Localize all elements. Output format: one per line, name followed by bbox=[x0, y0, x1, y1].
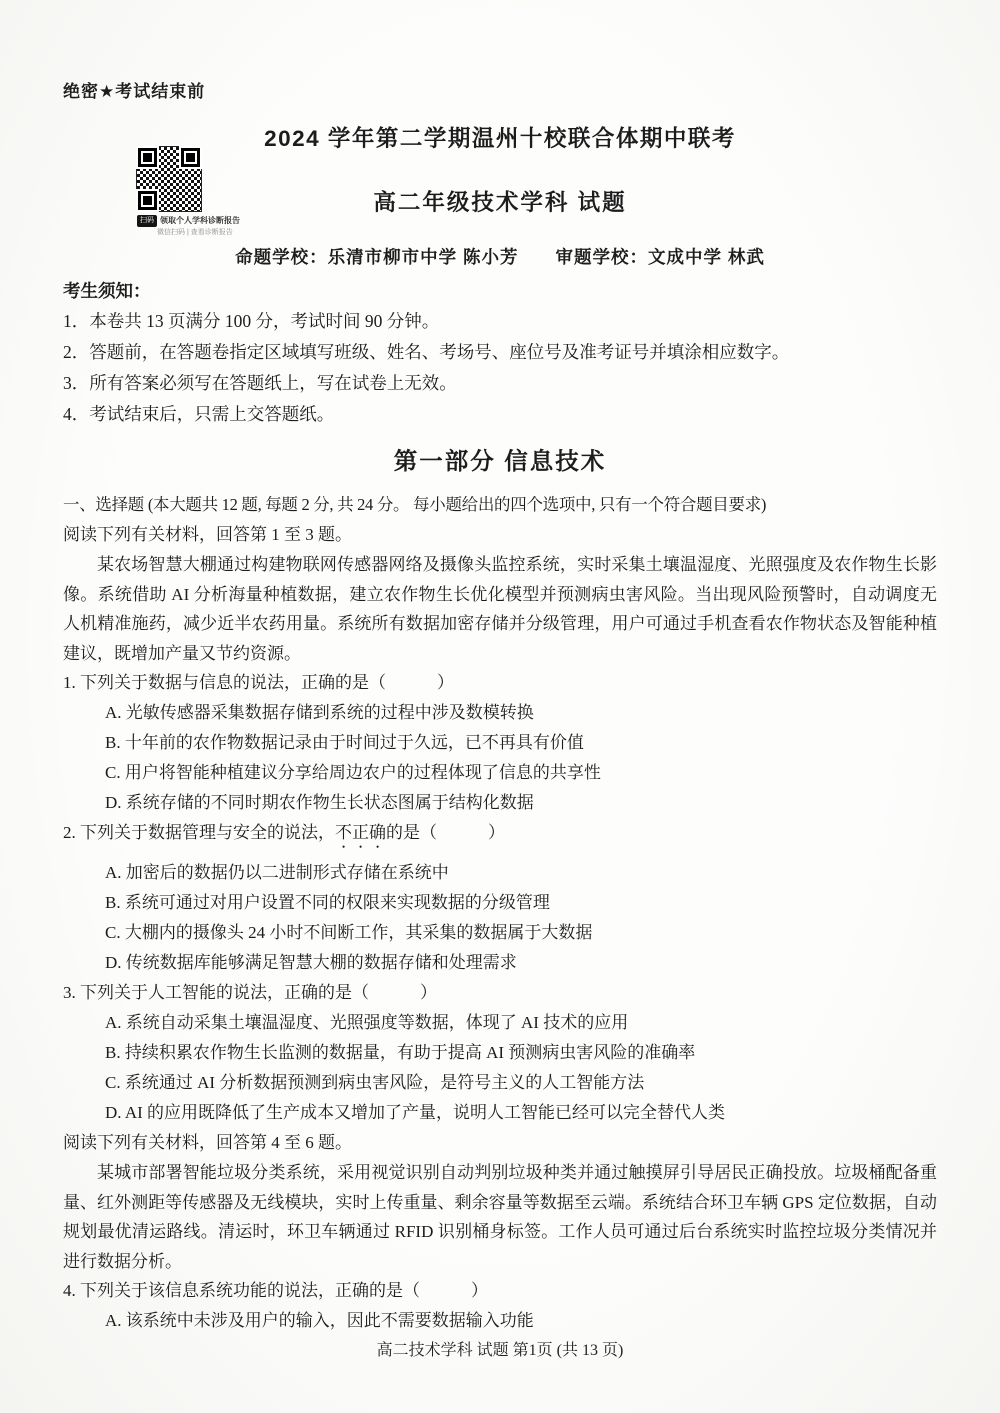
qr-block: 扫码 领取个人学科诊断报告 微信扫码 | 查看诊断报告 bbox=[137, 147, 267, 237]
question-4: 4. 下列关于该信息系统功能的说法，正确的是（ ） A. 该系统中未涉及用户的输… bbox=[63, 1276, 937, 1336]
notice-item-1: 1．本卷共 13 页满分 100 分，考试时间 90 分钟。 bbox=[63, 306, 937, 337]
qr-finder-icon bbox=[181, 148, 200, 167]
question-1-option-c: C. 用户将智能种植建议分享给周边农户的过程体现了信息的共享性 bbox=[63, 758, 937, 788]
reading1-intro: 阅读下列有关材料，回答第 1 至 3 题。 bbox=[63, 520, 937, 550]
part1-title: 第一部分 信息技术 bbox=[63, 444, 937, 478]
question-2-stem: 2. 下列关于数据管理与安全的说法，不正确的是（ ） bbox=[63, 818, 937, 852]
qr-caption-text: 领取个人学科诊断报告 bbox=[160, 216, 240, 226]
passage-smart-farm: 某农场智慧大棚通过构建物联网传感器网络及摄像头监控系统，实时采集土壤温湿度、光照… bbox=[63, 550, 937, 668]
question-1-option-b: B. 十年前的农作物数据记录由于时间过于久远，已不再具有价值 bbox=[63, 728, 937, 758]
notice-item-4: 4．考试结束后，只需上交答题纸。 bbox=[63, 399, 937, 430]
question-2-stem-suffix: 的是（ ） bbox=[386, 823, 505, 842]
question-3-option-d: D. AI 的应用既降低了生产成本又增加了产量，说明人工智能已经可以完全替代人类 bbox=[63, 1098, 937, 1128]
question-4-option-a: A. 该系统中未涉及用户的输入，因此不需要数据输入功能 bbox=[63, 1306, 937, 1336]
notice-item-2: 2．答题前，在答题卷指定区域填写班级、姓名、考场号、座位号及准考证号并填涂相应数… bbox=[63, 337, 937, 368]
question-3-stem: 3. 下列关于人工智能的说法，正确的是（ ） bbox=[63, 978, 937, 1008]
question-3: 3. 下列关于人工智能的说法，正确的是（ ） A. 系统自动采集土壤温湿度、光照… bbox=[63, 978, 937, 1128]
reading2-intro: 阅读下列有关材料，回答第 4 至 6 题。 bbox=[63, 1128, 937, 1158]
question-1: 1. 下列关于数据与信息的说法，正确的是（ ） A. 光敏传感器采集数据存储到系… bbox=[63, 668, 937, 818]
question-3-option-c: C. 系统通过 AI 分析数据预测到病虫害风险，是符号主义的人工智能方法 bbox=[63, 1068, 937, 1098]
question-1-stem: 1. 下列关于数据与信息的说法，正确的是（ ） bbox=[63, 668, 937, 698]
qr-caption-subtext: 微信扫码 | 查看诊断报告 bbox=[157, 228, 267, 237]
question-1-option-a: A. 光敏传感器采集数据存储到系统的过程中涉及数模转换 bbox=[63, 698, 937, 728]
exam-page: 扫码 领取个人学科诊断报告 微信扫码 | 查看诊断报告 绝密★考试结束前 202… bbox=[0, 0, 1000, 1413]
qr-caption: 扫码 领取个人学科诊断报告 bbox=[137, 215, 267, 227]
page-footer: 高二技术学科 试题 第1页 (共 13 页) bbox=[0, 1337, 1000, 1360]
section-instruction: 一、选择题 (本大题共 12 题, 每题 2 分, 共 24 分。 每小题给出的… bbox=[63, 490, 937, 520]
question-2-option-d: D. 传统数据库能够满足智慧大棚的数据存储和处理需求 bbox=[63, 948, 937, 978]
question-2-option-c: C. 大棚内的摄像头 24 小时不间断工作，其采集的数据属于大数据 bbox=[63, 918, 937, 948]
classification-label: 绝密★考试结束前 bbox=[63, 80, 937, 104]
question-2-stem-prefix: 2. 下列关于数据管理与安全的说法， bbox=[63, 823, 335, 842]
setter-reviewer-line: 命题学校：乐清市柳市中学 陈小芳 审题学校：文成中学 林武 bbox=[63, 244, 937, 270]
question-4-stem: 4. 下列关于该信息系统功能的说法，正确的是（ ） bbox=[63, 1276, 937, 1306]
notice-heading: 考生须知： bbox=[63, 276, 937, 306]
notice-item-3: 3．所有答案必须写在答题纸上，写在试卷上无效。 bbox=[63, 368, 937, 399]
passage-smart-garbage: 某城市部署智能垃圾分类系统，采用视觉识别自动判别垃圾种类并通过触摸屏引导居民正确… bbox=[63, 1158, 937, 1276]
question-2-option-a: A. 加密后的数据仍以二进制形式存储在系统中 bbox=[63, 858, 937, 888]
qr-finder-icon bbox=[138, 148, 157, 167]
question-2: 2. 下列关于数据管理与安全的说法，不正确的是（ ） A. 加密后的数据仍以二进… bbox=[63, 818, 937, 978]
question-2-stem-emphasis: 不正确 bbox=[335, 823, 386, 842]
question-2-option-b: B. 系统可通过对用户设置不同的权限来实现数据的分级管理 bbox=[63, 888, 937, 918]
question-1-option-d: D. 系统存储的不同时期农作物生长状态图属于结构化数据 bbox=[63, 788, 937, 818]
question-3-option-b: B. 持续积累农作物生长监测的数据量，有助于提高 AI 预测病虫害风险的准确率 bbox=[63, 1038, 937, 1068]
question-3-option-a: A. 系统自动采集土壤温湿度、光照强度等数据，体现了 AI 技术的应用 bbox=[63, 1008, 937, 1038]
qr-code-image bbox=[137, 147, 201, 211]
qr-finder-icon bbox=[138, 191, 157, 210]
qr-badge: 扫码 bbox=[137, 215, 157, 227]
